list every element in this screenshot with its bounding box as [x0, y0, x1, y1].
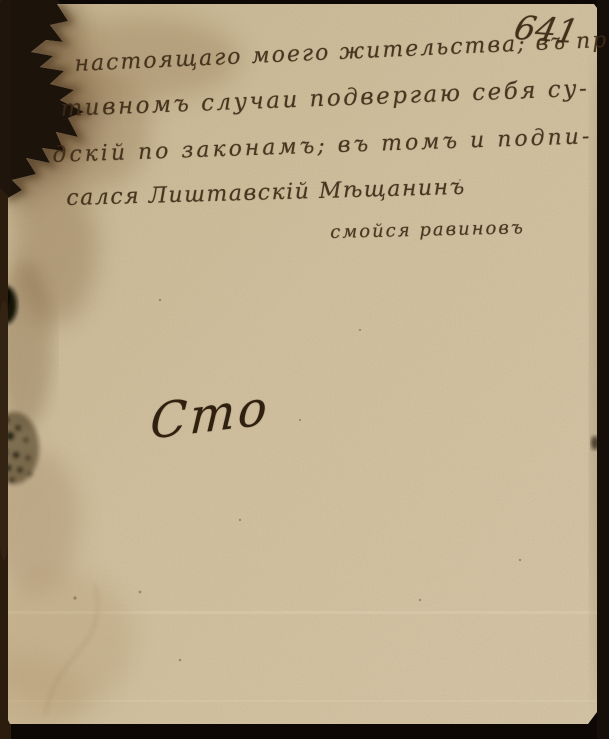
scanned-manuscript-page: 641 настоящаго моего жительства; въ про-… — [0, 0, 609, 739]
